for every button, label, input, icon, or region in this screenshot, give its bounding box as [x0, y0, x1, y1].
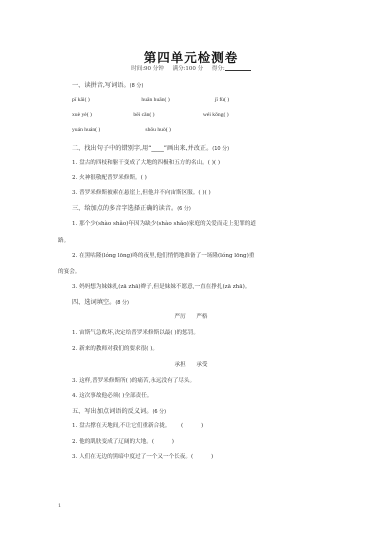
- exam-meta: 时间:90 分钟 满分:100 分 得分:: [0, 64, 382, 72]
- section3-item-cont: 路。: [58, 236, 69, 244]
- section2-item[interactable]: 2. 火神很敬配普罗米修斯。( ): [72, 173, 147, 181]
- time-label: 时间:90 分钟: [131, 66, 164, 72]
- section4-item[interactable]: 1. 宙斯气急败坏,决定给普罗米修斯以最( )的惩罚。: [72, 328, 199, 336]
- section4-heading: 四、选词填空。(8 分): [72, 297, 129, 306]
- pinyin-item[interactable]: huān huān( ): [141, 97, 213, 103]
- section5-heading: 五、写出加点词语的反义词。(6 分): [72, 406, 166, 415]
- section5-item[interactable]: 1. 盘古撑在天地间,不让它们重新合拢。 ( ): [72, 421, 203, 429]
- section2-heading: 二、找出句子中的错别字,用“____”画出来,并改正。(10 分): [72, 143, 229, 152]
- section3-item[interactable]: 1. 那个少(shào shǎo)年因为缺少(shào shǎo)家庭的关爱而走…: [72, 219, 256, 227]
- page-number: 1: [58, 503, 61, 509]
- section5-item[interactable]: 3. 人们在无边的黑暗中度过了一个又一个长夜。( ): [72, 452, 213, 460]
- pinyin-item[interactable]: xuè yè( ): [72, 112, 132, 118]
- section1-heading: 一、读拼音,写词语。(8 分): [72, 80, 143, 89]
- section2-item[interactable]: 1. 盘古的四枝和躯干变成了大地的四极和五方的名山。( )( ): [72, 158, 220, 166]
- pinyin-item[interactable]: pī kāi( ): [72, 97, 140, 103]
- pinyin-item[interactable]: wéi kǒng( ): [203, 112, 229, 118]
- full-score-label: 满分:100 分: [173, 66, 204, 72]
- pinyin-row-2: xuè yè( ) bēi cǎn( ) wéi kǒng( ): [72, 112, 229, 118]
- section3-heading: 三、给加点的多音字选择正确的读音。(6 分): [72, 203, 191, 212]
- pinyin-item[interactable]: shōu huò( ): [145, 127, 170, 133]
- section4-item[interactable]: 4. 这次事故他必须( )全部责任。: [72, 391, 152, 399]
- section3-item[interactable]: 3. 妈妈想为妹妹扎(zā zhā)辫子,但是妹妹不愿意,一直在挣扎(zā zh…: [72, 282, 250, 290]
- score-label: 得分:: [212, 66, 225, 72]
- pinyin-item[interactable]: yuán huán( ): [72, 127, 144, 133]
- section2-item[interactable]: 3. 普罗米修斯被索在悬崖上,但他并不向宙斯区服。( )( ): [72, 188, 211, 196]
- exam-page: 第四单元检测卷 时间:90 分钟 满分:100 分 得分: 一、读拼音,写词语。…: [0, 0, 382, 540]
- section5-item[interactable]: 2. 他的肌肤变成了辽阔的大地。( ): [72, 437, 174, 445]
- word-choices-1: 严厉 严格: [0, 312, 382, 320]
- pinyin-item[interactable]: bēi cǎn( ): [133, 112, 201, 118]
- section3-item-cont: 的宴会。: [58, 267, 80, 275]
- section4-item[interactable]: 3. 这样,普罗米修斯所( )的痛苦,永远没有了尽头。: [72, 376, 195, 384]
- section3-item[interactable]: 2. 在黑咕隆(lóng lōng)咚的夜里,他们悄悄地准备了一场隆(lóng …: [72, 251, 254, 259]
- pinyin-row-1: pī kāi( ) huān huān( ) jī fù( ): [72, 97, 229, 103]
- section4-item[interactable]: 2. 新来的教师对我们的要求很( )。: [72, 344, 158, 352]
- pinyin-item[interactable]: jī fù( ): [215, 97, 229, 103]
- score-blank[interactable]: [225, 70, 251, 71]
- pinyin-row-3: yuán huán( ) shōu huò( ): [72, 127, 171, 133]
- word-choices-2: 承担 承受: [0, 360, 382, 368]
